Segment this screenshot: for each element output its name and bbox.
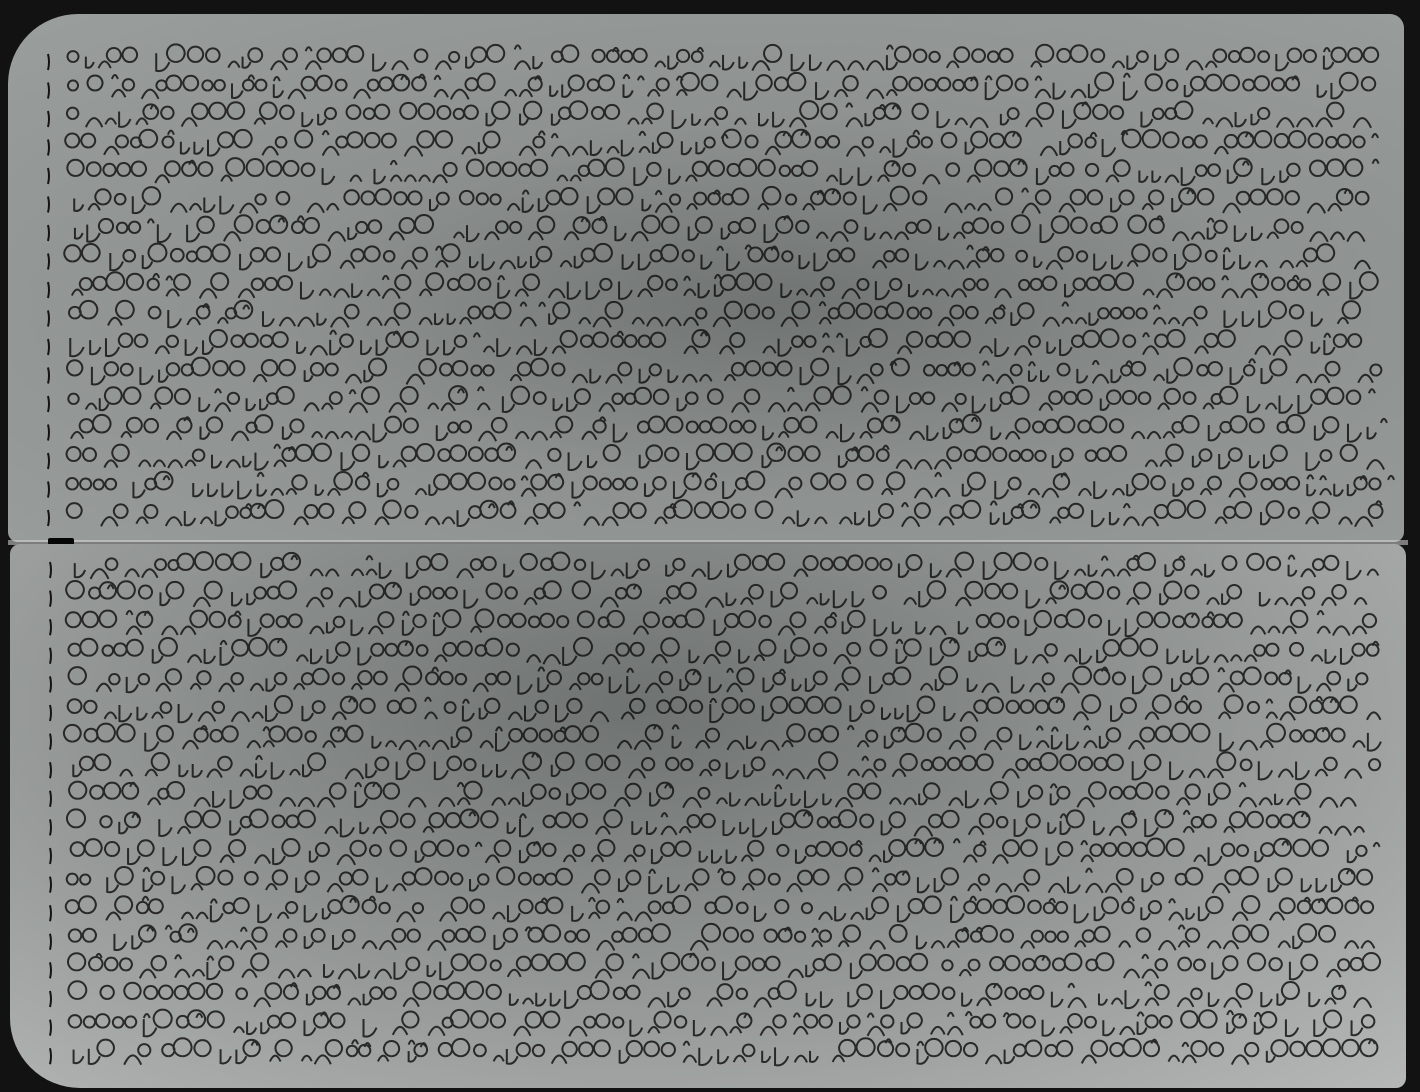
lower-manuscript-leaf: [10, 544, 1406, 1088]
lower-leaf-handwriting: [10, 544, 1406, 1088]
upper-manuscript-leaf: [8, 14, 1404, 542]
manuscript-photo: Two manuscript leaves densely filled wit…: [0, 0, 1420, 1092]
upper-leaf-handwriting: [8, 14, 1404, 542]
